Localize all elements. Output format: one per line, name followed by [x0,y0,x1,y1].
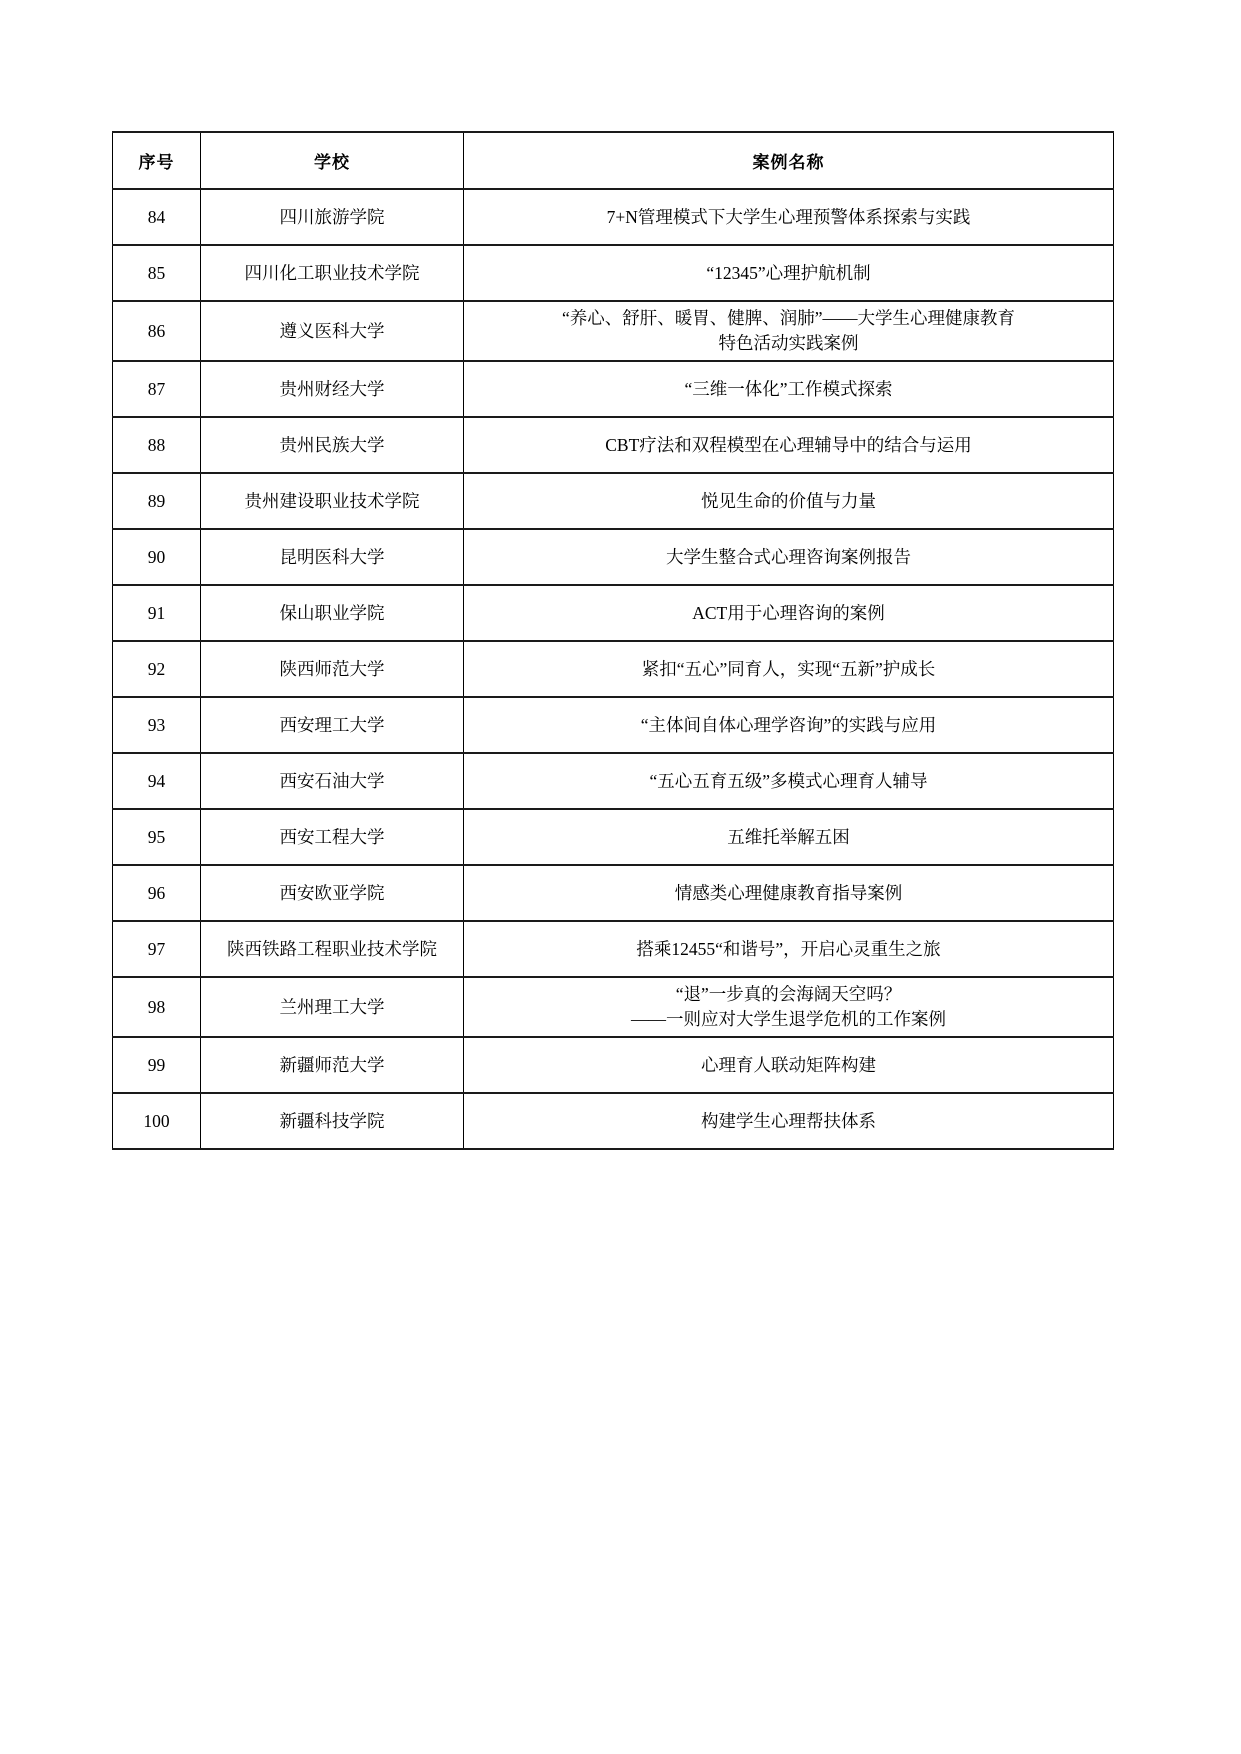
cell-school: 新疆师范大学 [201,1037,464,1093]
cell-index: 91 [113,585,201,641]
cell-index: 97 [113,921,201,977]
cell-index: 94 [113,753,201,809]
cell-index: 87 [113,361,201,417]
cell-school: 四川化工职业技术学院 [201,245,464,301]
cell-index: 92 [113,641,201,697]
cell-index: 98 [113,977,201,1037]
document-page: 序号 学校 案例名称 84四川旅游学院7+N管理模式下大学生心理预警体系探索与实… [0,0,1241,1754]
cell-case-name: 悦见生命的价值与力量 [464,473,1114,529]
cell-case-name: CBT疗法和双程模型在心理辅导中的结合与运用 [464,417,1114,473]
cell-case-name: 心理育人联动矩阵构建 [464,1037,1114,1093]
table-row: 100新疆科技学院构建学生心理帮扶体系 [113,1093,1114,1149]
cell-index: 96 [113,865,201,921]
cell-school: 贵州财经大学 [201,361,464,417]
cell-index: 84 [113,189,201,245]
cell-index: 89 [113,473,201,529]
cell-school: 西安石油大学 [201,753,464,809]
cell-school: 贵州建设职业技术学院 [201,473,464,529]
table-row: 97陕西铁路工程职业技术学院搭乘12455“和谐号”，开启心灵重生之旅 [113,921,1114,977]
cell-case-name: 7+N管理模式下大学生心理预警体系探索与实践 [464,189,1114,245]
table-row: 87贵州财经大学“三维一体化”工作模式探索 [113,361,1114,417]
case-list-table: 序号 学校 案例名称 84四川旅游学院7+N管理模式下大学生心理预警体系探索与实… [112,131,1114,1150]
table-body: 84四川旅游学院7+N管理模式下大学生心理预警体系探索与实践85四川化工职业技术… [113,189,1114,1149]
cell-index: 99 [113,1037,201,1093]
cell-index: 86 [113,301,201,361]
cell-school: 西安理工大学 [201,697,464,753]
table-row: 93西安理工大学“主体间自体心理学咨询”的实践与应用 [113,697,1114,753]
cell-index: 93 [113,697,201,753]
table-row: 84四川旅游学院7+N管理模式下大学生心理预警体系探索与实践 [113,189,1114,245]
cell-case-name: 紧扣“五心”同育人，实现“五新”护成长 [464,641,1114,697]
cell-school: 昆明医科大学 [201,529,464,585]
table-row: 99新疆师范大学心理育人联动矩阵构建 [113,1037,1114,1093]
table-header: 序号 学校 案例名称 [113,132,1114,189]
cell-case-name: “三维一体化”工作模式探索 [464,361,1114,417]
cell-school: 遵义医科大学 [201,301,464,361]
cell-school: 陕西师范大学 [201,641,464,697]
table-row: 98兰州理工大学“退”一步真的会海阔天空吗？ ——一则应对大学生退学危机的工作案… [113,977,1114,1037]
cell-case-name: ACT用于心理咨询的案例 [464,585,1114,641]
header-index: 序号 [113,132,201,189]
cell-index: 95 [113,809,201,865]
cell-school: 新疆科技学院 [201,1093,464,1149]
table-row: 89贵州建设职业技术学院悦见生命的价值与力量 [113,473,1114,529]
table-row: 92陕西师范大学紧扣“五心”同育人，实现“五新”护成长 [113,641,1114,697]
header-school: 学校 [201,132,464,189]
table-row: 85四川化工职业技术学院“12345”心理护航机制 [113,245,1114,301]
cell-index: 88 [113,417,201,473]
cell-case-name: “五心五育五级”多模式心理育人辅导 [464,753,1114,809]
table-row: 88贵州民族大学CBT疗法和双程模型在心理辅导中的结合与运用 [113,417,1114,473]
cell-school: 西安工程大学 [201,809,464,865]
header-case-name: 案例名称 [464,132,1114,189]
cell-index: 85 [113,245,201,301]
table-row: 96西安欧亚学院情感类心理健康教育指导案例 [113,865,1114,921]
table-row: 86遵义医科大学“养心、舒肝、暖胃、健脾、润肺”——大学生心理健康教育 特色活动… [113,301,1114,361]
cell-case-name: “退”一步真的会海阔天空吗？ ——一则应对大学生退学危机的工作案例 [464,977,1114,1037]
cell-case-name: “12345”心理护航机制 [464,245,1114,301]
cell-school: 兰州理工大学 [201,977,464,1037]
cell-school: 西安欧亚学院 [201,865,464,921]
table-row: 95西安工程大学五维托举解五困 [113,809,1114,865]
cell-school: 保山职业学院 [201,585,464,641]
cell-case-name: 搭乘12455“和谐号”，开启心灵重生之旅 [464,921,1114,977]
table-row: 91保山职业学院ACT用于心理咨询的案例 [113,585,1114,641]
cell-case-name: “主体间自体心理学咨询”的实践与应用 [464,697,1114,753]
cell-case-name: 情感类心理健康教育指导案例 [464,865,1114,921]
cell-case-name: 大学生整合式心理咨询案例报告 [464,529,1114,585]
table-row: 94西安石油大学“五心五育五级”多模式心理育人辅导 [113,753,1114,809]
cell-case-name: 五维托举解五困 [464,809,1114,865]
cell-school: 四川旅游学院 [201,189,464,245]
cell-case-name: 构建学生心理帮扶体系 [464,1093,1114,1149]
cell-school: 陕西铁路工程职业技术学院 [201,921,464,977]
table-row: 90昆明医科大学大学生整合式心理咨询案例报告 [113,529,1114,585]
cell-index: 100 [113,1093,201,1149]
cell-index: 90 [113,529,201,585]
cell-case-name: “养心、舒肝、暖胃、健脾、润肺”——大学生心理健康教育 特色活动实践案例 [464,301,1114,361]
cell-school: 贵州民族大学 [201,417,464,473]
header-row: 序号 学校 案例名称 [113,132,1114,189]
